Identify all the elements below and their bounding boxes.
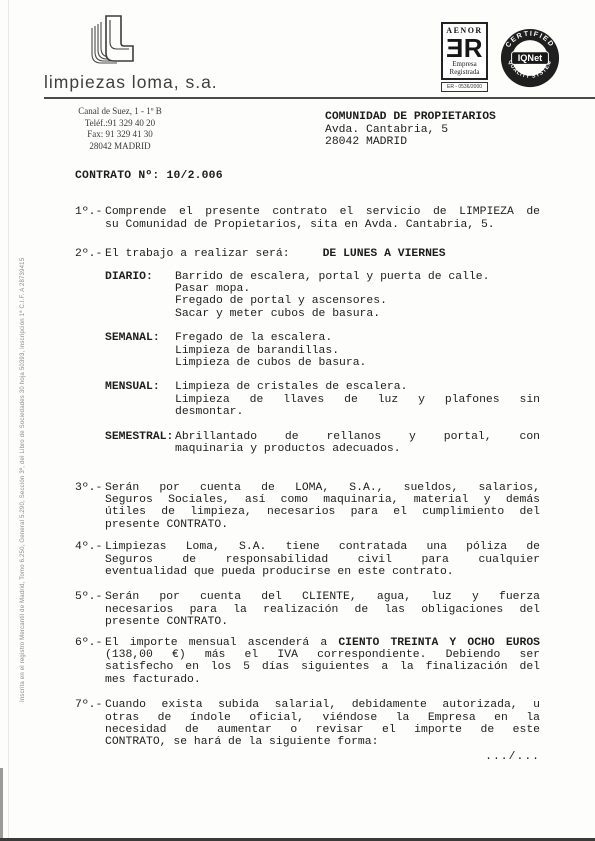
text-segment: Cuando exista subida salarial, debidamen…	[105, 699, 540, 711]
clause-5: 5º.- Serán por cuenta del CLIENTE, agua,…	[75, 591, 540, 628]
schedule-label: DIARIO:	[105, 271, 175, 321]
clause-number: 2º.-	[75, 248, 105, 260]
text-line: El importe mensual ascenderá a CIENTO TR…	[105, 637, 540, 649]
sender-phone: Teléf.:91 329 40 20	[58, 118, 182, 130]
aenor-monogram-e: E	[448, 35, 463, 61]
recipient-address: Avda. Cantabria, 5	[325, 124, 496, 137]
clause-text: El importe mensual ascenderá a CIENTO TR…	[105, 637, 540, 687]
text-line: útiles de limpieza, necesarios para el c…	[105, 506, 540, 518]
text-line: eventualidad que pueda producirse en est…	[105, 566, 540, 578]
company-name: limpiezas loma, s.a.	[44, 72, 218, 93]
text-line: presente CONTRATO.	[105, 519, 540, 531]
clause-6: 6º.- El importe mensual ascenderá a CIEN…	[75, 637, 540, 687]
text-line: Limpiezas Loma, S.A. tiene contratada un…	[105, 541, 540, 553]
text-segment: Comprende el presente contrato el servic…	[105, 206, 540, 218]
registration-side-note: Inscrita en el registro Mercantil de Mad…	[20, 258, 26, 702]
text-segment: Barrido de escalera, portal y puerta de …	[175, 271, 489, 283]
text-line: Pasar mopa.	[175, 283, 540, 295]
text-line: Limpieza de barandillas.	[175, 345, 540, 357]
text-segment: otras de índole oficial, viéndose la Emp…	[105, 712, 540, 724]
contract-title: CONTRATO Nº: 10/2.006	[75, 170, 540, 182]
clause-3: 3º.- Serán por cuenta de LOMA, S.A., sue…	[75, 482, 540, 532]
clause-number: 5º.-	[75, 591, 105, 628]
schedule-tasks: Abrillantado de rellanos y portal, conma…	[175, 431, 540, 456]
text-segment: maquinaria y productos adecuados.	[175, 443, 401, 455]
text-segment: mes facturado.	[105, 674, 201, 686]
aenor-label-line2: Registrada	[443, 69, 486, 77]
clause-4: 4º.- Limpiezas Loma, S.A. tiene contrata…	[75, 541, 540, 578]
text-line: Seguros de responsabilidad civil para cu…	[105, 554, 540, 566]
text-segment: necesarios para la realización de las ob…	[105, 604, 540, 616]
text-segment: El trabajo a realizar será:	[105, 248, 290, 260]
schedule-label: SEMESTRAL:	[105, 431, 175, 456]
clause-text: Limpiezas Loma, S.A. tiene contratada un…	[105, 541, 540, 578]
emphasis-text: CIENTO TREINTA Y OCHO EUROS	[338, 637, 540, 649]
schedule-label: SEMANAL:	[105, 332, 175, 369]
continuation-mark: .../...	[75, 751, 540, 763]
text-segment: presente CONTRATO.	[105, 616, 228, 628]
company-logo	[68, 12, 140, 79]
text-segment: Seguros Sociales, así como maquinaria, m…	[105, 494, 540, 506]
iqnet-seal: CERTIFIED QUALITY SYSTEM IQNet	[499, 27, 561, 94]
work-schedule: DIARIO: Barrido de escalera, portal y pu…	[105, 271, 540, 456]
iqnet-seal-icon: CERTIFIED QUALITY SYSTEM IQNet	[499, 27, 561, 89]
text-line: desmontar.	[175, 406, 540, 418]
text-line: otras de índole oficial, viéndose la Emp…	[105, 712, 540, 724]
text-segment: (138,00 €) más el IVA correspondiente. D…	[105, 649, 540, 661]
aenor-cert-number: ER - 0536/2000	[441, 82, 488, 92]
text-segment: Limpieza de barandillas.	[175, 345, 339, 357]
schedule-row-semanal: SEMANAL: Fregado de la escalera.Limpieza…	[105, 332, 540, 369]
text-segment: necesidad de aumentar o revisar el impor…	[105, 724, 540, 736]
clause-text: El trabajo a realizar será:DE LUNES A VI…	[105, 248, 540, 260]
clause-number: 7º.-	[75, 699, 105, 749]
clause-number: 1º.-	[75, 206, 105, 231]
aenor-box: AENOR ER Empresa Registrada	[441, 22, 488, 80]
clause-1: 1º.- Comprende el presente contrato el s…	[75, 206, 540, 231]
text-segment: CONTRATO, se hará de la siguiente forma:	[105, 736, 378, 748]
schedule-tasks: Limpieza de cristales de escalera.Limpie…	[175, 381, 540, 418]
text-line: maquinaria y productos adecuados.	[175, 443, 540, 455]
text-line: Cuando exista subida salarial, debidamen…	[105, 699, 540, 711]
clause-text: Cuando exista subida salarial, debidamen…	[105, 699, 540, 749]
text-line: Limpieza de cubos de basura.	[175, 357, 540, 369]
text-segment: satisfecho en los 5 días siguientes a la…	[105, 661, 540, 673]
clause-text: Serán por cuenta del CLIENTE, agua, luz …	[105, 591, 540, 628]
text-line: CONTRATO, se hará de la siguiente forma:	[105, 736, 540, 748]
text-segment: Fregado de portal y ascensores.	[175, 295, 387, 307]
recipient-city: 28042 MADRID	[325, 136, 496, 149]
text-line: necesarios para la realización de las ob…	[105, 604, 540, 616]
text-segment: útiles de limpieza, necesarios para el c…	[105, 506, 540, 518]
text-line: Sacar y meter cubos de basura.	[175, 308, 540, 320]
clause-number: 6º.-	[75, 637, 105, 687]
text-line: Limpieza de llaves de luz y plafones sin	[175, 394, 540, 406]
clause-number: 3º.-	[75, 482, 105, 532]
text-line: El trabajo a realizar será:DE LUNES A VI…	[105, 248, 540, 260]
text-line: su Comunidad de Propietarios, sita en Av…	[105, 219, 540, 231]
text-segment: Abrillantado de rellanos y portal, con	[175, 431, 540, 443]
schedule-tasks: Barrido de escalera, portal y puerta de …	[175, 271, 540, 321]
text-segment: Limpieza de cubos de basura.	[175, 357, 366, 369]
text-segment: Serán por cuenta del CLIENTE, agua, luz …	[105, 591, 540, 603]
text-line: Serán por cuenta de LOMA, S.A., sueldos,…	[105, 482, 540, 494]
aenor-er-monogram-icon: ER	[443, 35, 486, 61]
sender-fax: Fax: 91 329 41 30	[58, 129, 182, 141]
sender-address-block: Canal de Suez, 1 - 1º B Teléf.:91 329 40…	[58, 106, 182, 152]
schedule-row-mensual: MENSUAL: Limpieza de cristales de escale…	[105, 381, 540, 418]
text-segment: eventualidad que pueda producirse en est…	[105, 566, 454, 578]
schedule-row-diario: DIARIO: Barrido de escalera, portal y pu…	[105, 271, 540, 321]
text-segment: Sacar y meter cubos de basura.	[175, 308, 380, 320]
text-segment: Serán por cuenta de LOMA, S.A., sueldos,…	[105, 482, 540, 494]
schedule-label: MENSUAL:	[105, 381, 175, 418]
text-segment: Limpieza de cristales de escalera.	[175, 381, 407, 393]
text-segment: El importe mensual ascenderá a	[105, 637, 338, 649]
aenor-badge: AENOR ER Empresa Registrada ER - 0536/20…	[441, 22, 488, 92]
text-segment: Seguros de responsabilidad civil para cu…	[105, 554, 540, 566]
text-line: Abrillantado de rellanos y portal, con	[175, 431, 540, 443]
text-line: Comprende el presente contrato el servic…	[105, 206, 540, 218]
scan-corner-mark	[0, 768, 3, 838]
text-line: (138,00 €) más el IVA correspondiente. D…	[105, 649, 540, 661]
company-logo-icon	[68, 12, 140, 74]
text-line: Serán por cuenta del CLIENTE, agua, luz …	[105, 591, 540, 603]
contract-body: CONTRATO Nº: 10/2.006 1º.- Comprende el …	[75, 170, 540, 763]
letterhead-divider	[44, 97, 595, 99]
clause-number: 4º.-	[75, 541, 105, 578]
clause-7: 7º.- Cuando exista subida salarial, debi…	[75, 699, 540, 749]
text-segment: Fregado de la escalera.	[175, 332, 332, 344]
text-segment: su Comunidad de Propietarios, sita en Av…	[105, 219, 495, 231]
aenor-monogram-r: R	[464, 33, 481, 63]
recipient-name: COMUNIDAD DE PROPIETARIOS	[325, 111, 496, 124]
text-segment: Pasar mopa.	[175, 283, 250, 295]
clause-2: 2º.- El trabajo a realizar será:DE LUNES…	[75, 248, 540, 260]
text-segment: Limpiezas Loma, S.A. tiene contratada un…	[105, 541, 540, 553]
clause-text: Comprende el presente contrato el servic…	[105, 206, 540, 231]
clause-text: Serán por cuenta de LOMA, S.A., sueldos,…	[105, 482, 540, 532]
text-line: satisfecho en los 5 días siguientes a la…	[105, 661, 540, 673]
text-segment: desmontar.	[175, 406, 243, 418]
sender-address-line: Canal de Suez, 1 - 1º B	[58, 106, 182, 118]
recipient-block: COMUNIDAD DE PROPIETARIOS Avda. Cantabri…	[325, 111, 496, 149]
text-line: mes facturado.	[105, 674, 540, 686]
text-line: Limpieza de cristales de escalera.	[175, 381, 540, 393]
iqnet-wordmark: IQNet	[518, 53, 543, 63]
text-line: necesidad de aumentar o revisar el impor…	[105, 724, 540, 736]
text-line: presente CONTRATO.	[105, 616, 540, 628]
schedule-tasks: Fregado de la escalera.Limpieza de baran…	[175, 332, 540, 369]
text-segment: Limpieza de llaves de luz y plafones sin	[175, 394, 540, 406]
text-segment: presente CONTRATO.	[105, 519, 228, 531]
scan-left-edge	[8, 0, 9, 841]
emphasis-text: DE LUNES A VIERNES	[323, 248, 446, 260]
contract-page: limpiezas loma, s.a. AENOR ER Empresa Re…	[0, 0, 595, 841]
text-line: Fregado de la escalera.	[175, 332, 540, 344]
schedule-row-semestral: SEMESTRAL: Abrillantado de rellanos y po…	[105, 431, 540, 456]
text-line: Fregado de portal y ascensores.	[175, 295, 540, 307]
sender-city: 28042 MADRID	[58, 141, 182, 153]
text-line: Barrido de escalera, portal y puerta de …	[175, 271, 540, 283]
text-line: Seguros Sociales, así como maquinaria, m…	[105, 494, 540, 506]
